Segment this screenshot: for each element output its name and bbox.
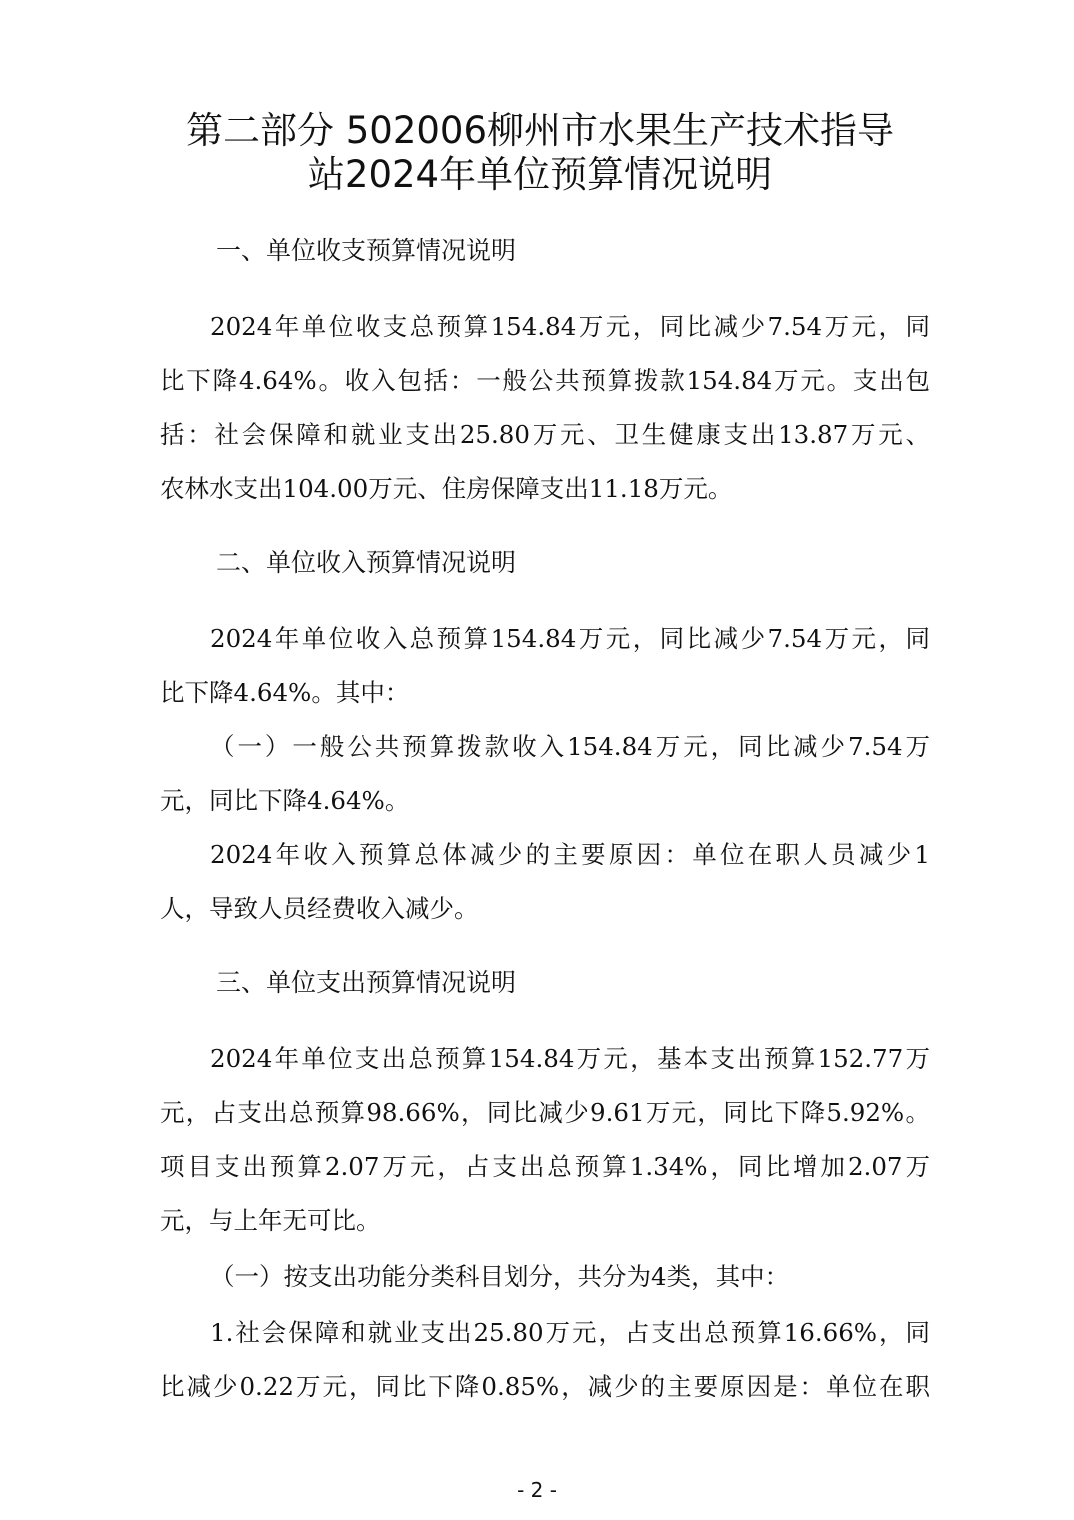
paragraph-line: 比下降4.64%。其中： — [160, 678, 930, 708]
paragraph-line: （一）一般公共预算拨款收入154.84万元，同比减少7.54万 — [210, 732, 930, 762]
paragraph-line: 2024年单位收支总预算154.84万元，同比减少7.54万元，同 — [210, 312, 930, 342]
paragraph-line: 元，与上年无可比。 — [160, 1206, 930, 1236]
paragraph-line: 2024年单位收入总预算154.84万元，同比减少7.54万元，同 — [210, 624, 930, 654]
paragraph-line: 元，同比下降4.64%。 — [160, 786, 930, 816]
document-title-line-2: 站2024年单位预算情况说明 — [150, 152, 930, 198]
document-page: 第二部分 502006柳州市水果生产技术指导 站2024年单位预算情况说明 一、… — [0, 0, 1074, 1520]
document-title-line-1: 第二部分 502006柳州市水果生产技术指导 — [150, 108, 930, 154]
paragraph-line: 比下降4.64%。收入包括：一般公共预算拨款154.84万元。支出包 — [160, 366, 930, 396]
paragraph-line: （一）按支出功能分类科目划分，共分为4类，其中： — [210, 1262, 930, 1292]
paragraph-line: 元，占支出总预算98.66%，同比减少9.61万元，同比下降5.92%。 — [160, 1098, 930, 1128]
section-heading-income-expenditure: 一、单位收支预算情况说明 — [216, 236, 516, 266]
paragraph-line: 2024年单位支出总预算154.84万元，基本支出预算152.77万 — [210, 1044, 930, 1074]
paragraph-line: 项目支出预算2.07万元，占支出总预算1.34%，同比增加2.07万 — [160, 1152, 930, 1182]
paragraph-line: 农林水支出104.00万元、住房保障支出11.18万元。 — [160, 474, 930, 504]
page-number: - 2 - — [0, 1478, 1074, 1502]
paragraph-line: 2024年收入预算总体减少的主要原因：单位在职人员减少1 — [210, 840, 930, 870]
paragraph-line: 人，导致人员经费收入减少。 — [160, 894, 930, 924]
paragraph-line: 括：社会保障和就业支出25.80万元、卫生健康支出13.87万元、 — [160, 420, 930, 450]
paragraph-line: 比减少0.22万元，同比下降0.85%，减少的主要原因是：单位在职 — [160, 1372, 930, 1402]
section-heading-expenditure: 三、单位支出预算情况说明 — [216, 968, 516, 998]
paragraph-line: 1.社会保障和就业支出25.80万元，占支出总预算16.66%，同 — [210, 1318, 930, 1348]
section-heading-income: 二、单位收入预算情况说明 — [216, 548, 516, 578]
